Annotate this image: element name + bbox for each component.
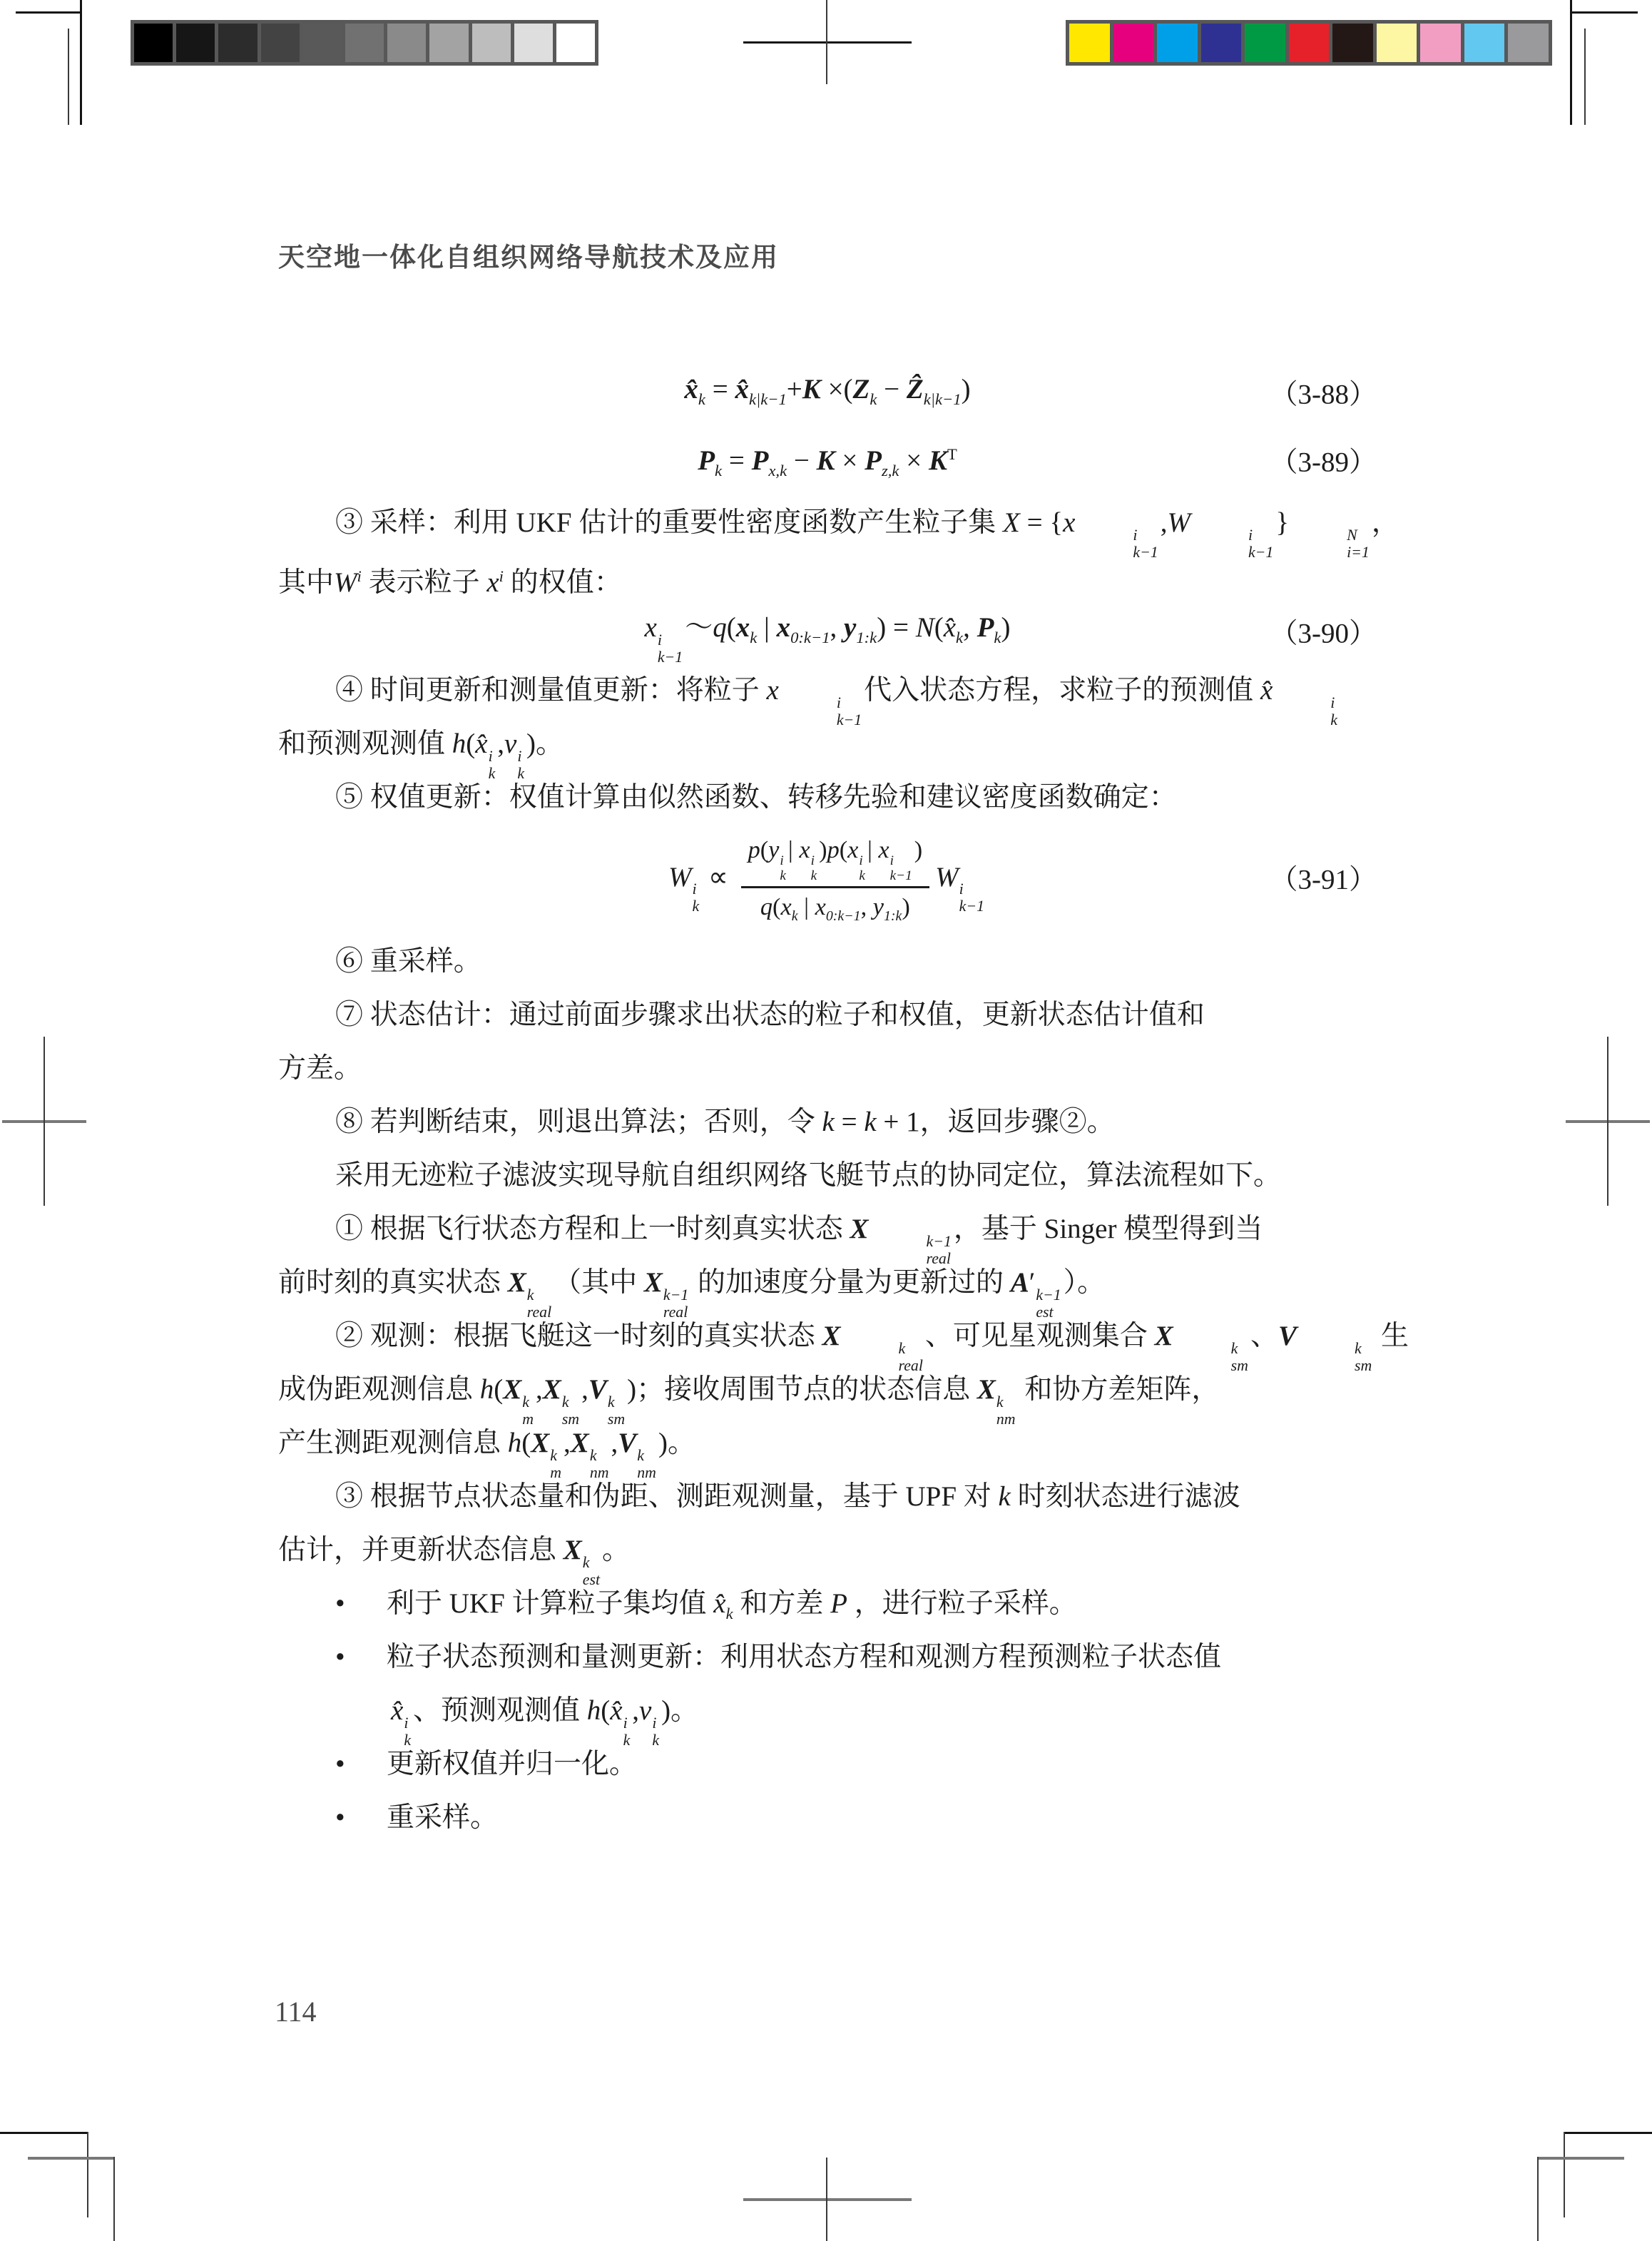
- calibration-swatch: [1069, 24, 1110, 62]
- calibration-swatch: [261, 24, 300, 62]
- calibration-swatch: [1508, 24, 1549, 62]
- calibration-swatch: [429, 24, 468, 62]
- equation-row: Pk = Px,k − K × Pz,k × KT （3-89）: [278, 428, 1377, 496]
- calibration-swatch: [387, 24, 426, 62]
- running-header: 天空地一体化自组织网络导航技术及应用: [278, 235, 779, 274]
- bullet-marker: •: [335, 1791, 387, 1844]
- registration-cross: [743, 2198, 912, 2201]
- bullet-text: 重采样。: [387, 1802, 498, 1833]
- text-line: 采用无迹粒子滤波实现导航自组织网络飞艇节点的协同定位，算法流程如下。: [278, 1149, 1377, 1202]
- bullet-continuation: x̂ik、预测观测值 h(x̂ik,vik)。: [278, 1684, 1377, 1737]
- text-line: 方差。: [278, 1042, 1377, 1095]
- text-line: ⑥ 重采样。: [278, 935, 1377, 988]
- crop-mark: [1564, 2132, 1652, 2134]
- calibration-swatch: [176, 24, 215, 62]
- equation-number: （3-88）: [1270, 367, 1377, 421]
- text-line: ⑦ 状态估计：通过前面步骤求出状态的粒子和权值，更新状态估计值和: [278, 988, 1377, 1042]
- bullet-text: 利于 UKF 计算粒子集均值 x̂k 和方差 P ，进行粒子采样。: [387, 1588, 1077, 1619]
- text-line: 估计，并更新状态信息 Xkest。: [278, 1523, 1377, 1577]
- crop-mark: [87, 2132, 88, 2217]
- bullet-text: 粒子状态预测和量测更新：利用状态方程和观测方程预测粒子状态值: [387, 1642, 1221, 1672]
- calibration-swatch: [303, 24, 342, 62]
- text-line: 成伪距观测信息 h(Xkm,Xksm,Vksm)；接收周围节点的状态信息 Xkn…: [278, 1363, 1377, 1416]
- crop-mark: [80, 0, 82, 125]
- calibration-swatch: [472, 24, 511, 62]
- bullet-marker: •: [335, 1630, 387, 1684]
- equation-3-90: xik−1～q(xk | x0:k−1, y1:k) = N(x̂k, Pk): [645, 601, 1011, 666]
- bullet-item: •更新权值并归一化。: [278, 1737, 1377, 1791]
- bullet-item: •粒子状态预测和量测更新：利用状态方程和观测方程预测粒子状态值: [278, 1630, 1377, 1684]
- calibration-swatch: [1157, 24, 1198, 62]
- calibration-swatch: [1201, 24, 1242, 62]
- bullet-marker: •: [335, 1737, 387, 1791]
- crop-mark: [0, 2132, 88, 2134]
- crop-mark: [113, 2157, 115, 2241]
- calibration-swatch: [1245, 24, 1285, 62]
- page-number: 114: [275, 1995, 317, 2028]
- equation-row: Wik ∝ p(yik| xik)p(xik| xik−1)q(xk | x0:…: [278, 824, 1377, 935]
- equation-row: x̂k = x̂k|k−1+K ×(Zk − Ẑk|k−1) （3-88）: [278, 360, 1377, 428]
- calibration-swatch: [345, 24, 384, 62]
- text-line: ② 观测：根据飞艇这一时刻的真实状态 Xkreal、可见星观测集合 Xksm、V…: [278, 1309, 1377, 1363]
- grayscale-calibration-bar: [131, 20, 598, 66]
- calibration-swatch: [1113, 24, 1154, 62]
- color-calibration-bar: [1066, 20, 1552, 66]
- calibration-swatch: [514, 24, 553, 62]
- crop-mark: [16, 11, 81, 14]
- bullet-text: 更新权值并归一化。: [387, 1749, 637, 1779]
- registration-cross: [826, 2158, 827, 2241]
- equation-number: （3-91）: [1270, 853, 1377, 906]
- calibration-swatch: [1420, 24, 1461, 62]
- crop-mark: [1537, 2157, 1539, 2241]
- book-page: 天空地一体化自组织网络导航技术及应用 x̂k = x̂k|k−1+K ×(Zk …: [0, 0, 1652, 2241]
- equation-3-88: x̂k = x̂k|k−1+K ×(Zk − Ẑk|k−1): [684, 362, 970, 426]
- crop-mark: [28, 2157, 115, 2160]
- bullet-item: •重采样。: [278, 1791, 1377, 1844]
- calibration-swatch: [1464, 24, 1505, 62]
- calibration-swatch: [556, 24, 595, 62]
- registration-cross: [826, 0, 827, 84]
- text-line: ⑤ 权值更新：权值计算由似然函数、转移先验和建议密度函数确定：: [278, 771, 1377, 824]
- crop-mark: [68, 29, 69, 125]
- page-content: x̂k = x̂k|k−1+K ×(Zk − Ẑk|k−1) （3-88） Pk…: [278, 360, 1377, 1844]
- calibration-swatch: [218, 24, 257, 62]
- calibration-swatch: [1377, 24, 1417, 62]
- registration-cross: [1607, 1037, 1608, 1206]
- calibration-swatch: [1289, 24, 1330, 62]
- crop-mark: [1570, 0, 1572, 125]
- crop-mark: [1537, 2157, 1624, 2160]
- equation-row: xik−1～q(xk | x0:k−1, y1:k) = N(x̂k, Pk) …: [278, 603, 1377, 664]
- text-line: ① 根据飞行状态方程和上一时刻真实状态 Xk−1real，基于 Singer 模…: [278, 1202, 1377, 1256]
- equation-3-89: Pk = Px,k − K × Pz,k × KT: [698, 427, 957, 497]
- equation-number: （3-90）: [1270, 606, 1377, 660]
- registration-cross: [44, 1037, 45, 1206]
- bullet-item: •利于 UKF 计算粒子集均值 x̂k 和方差 P ，进行粒子采样。: [278, 1577, 1377, 1630]
- text-line: ③ 采样：利用 UKF 估计的重要性密度函数产生粒子集 X = {xik−1,W…: [278, 496, 1377, 549]
- text-line: 产生测距观测信息 h(Xkm,Xknm,Vknm)。: [278, 1416, 1377, 1470]
- calibration-swatch: [1332, 24, 1373, 62]
- text-line: ⑧ 若判断结束，则退出算法；否则，令 k = k + 1，返回步骤②。: [278, 1095, 1377, 1149]
- calibration-swatch: [134, 24, 173, 62]
- registration-cross: [743, 41, 912, 44]
- text-line: 前时刻的真实状态 Xkreal（其中 Xk−1real 的加速度分量为更新过的 …: [278, 1256, 1377, 1309]
- crop-mark: [1571, 11, 1638, 14]
- text-line: ③ 根据节点状态量和伪距、测距观测量，基于 UPF 对 k 时刻状态进行滤波: [278, 1470, 1377, 1523]
- crop-mark: [1564, 2132, 1565, 2217]
- text-line: ④ 时间更新和测量值更新：将粒子 xik−1代入状态方程，求粒子的预测值 x̂i…: [278, 664, 1377, 717]
- equation-number: （3-89）: [1270, 435, 1377, 489]
- crop-mark: [1584, 29, 1586, 125]
- bullet-marker: •: [335, 1577, 387, 1630]
- equation-3-91: Wik ∝ p(yik| xik)p(xik| xik−1)q(xk | x0:…: [668, 833, 986, 926]
